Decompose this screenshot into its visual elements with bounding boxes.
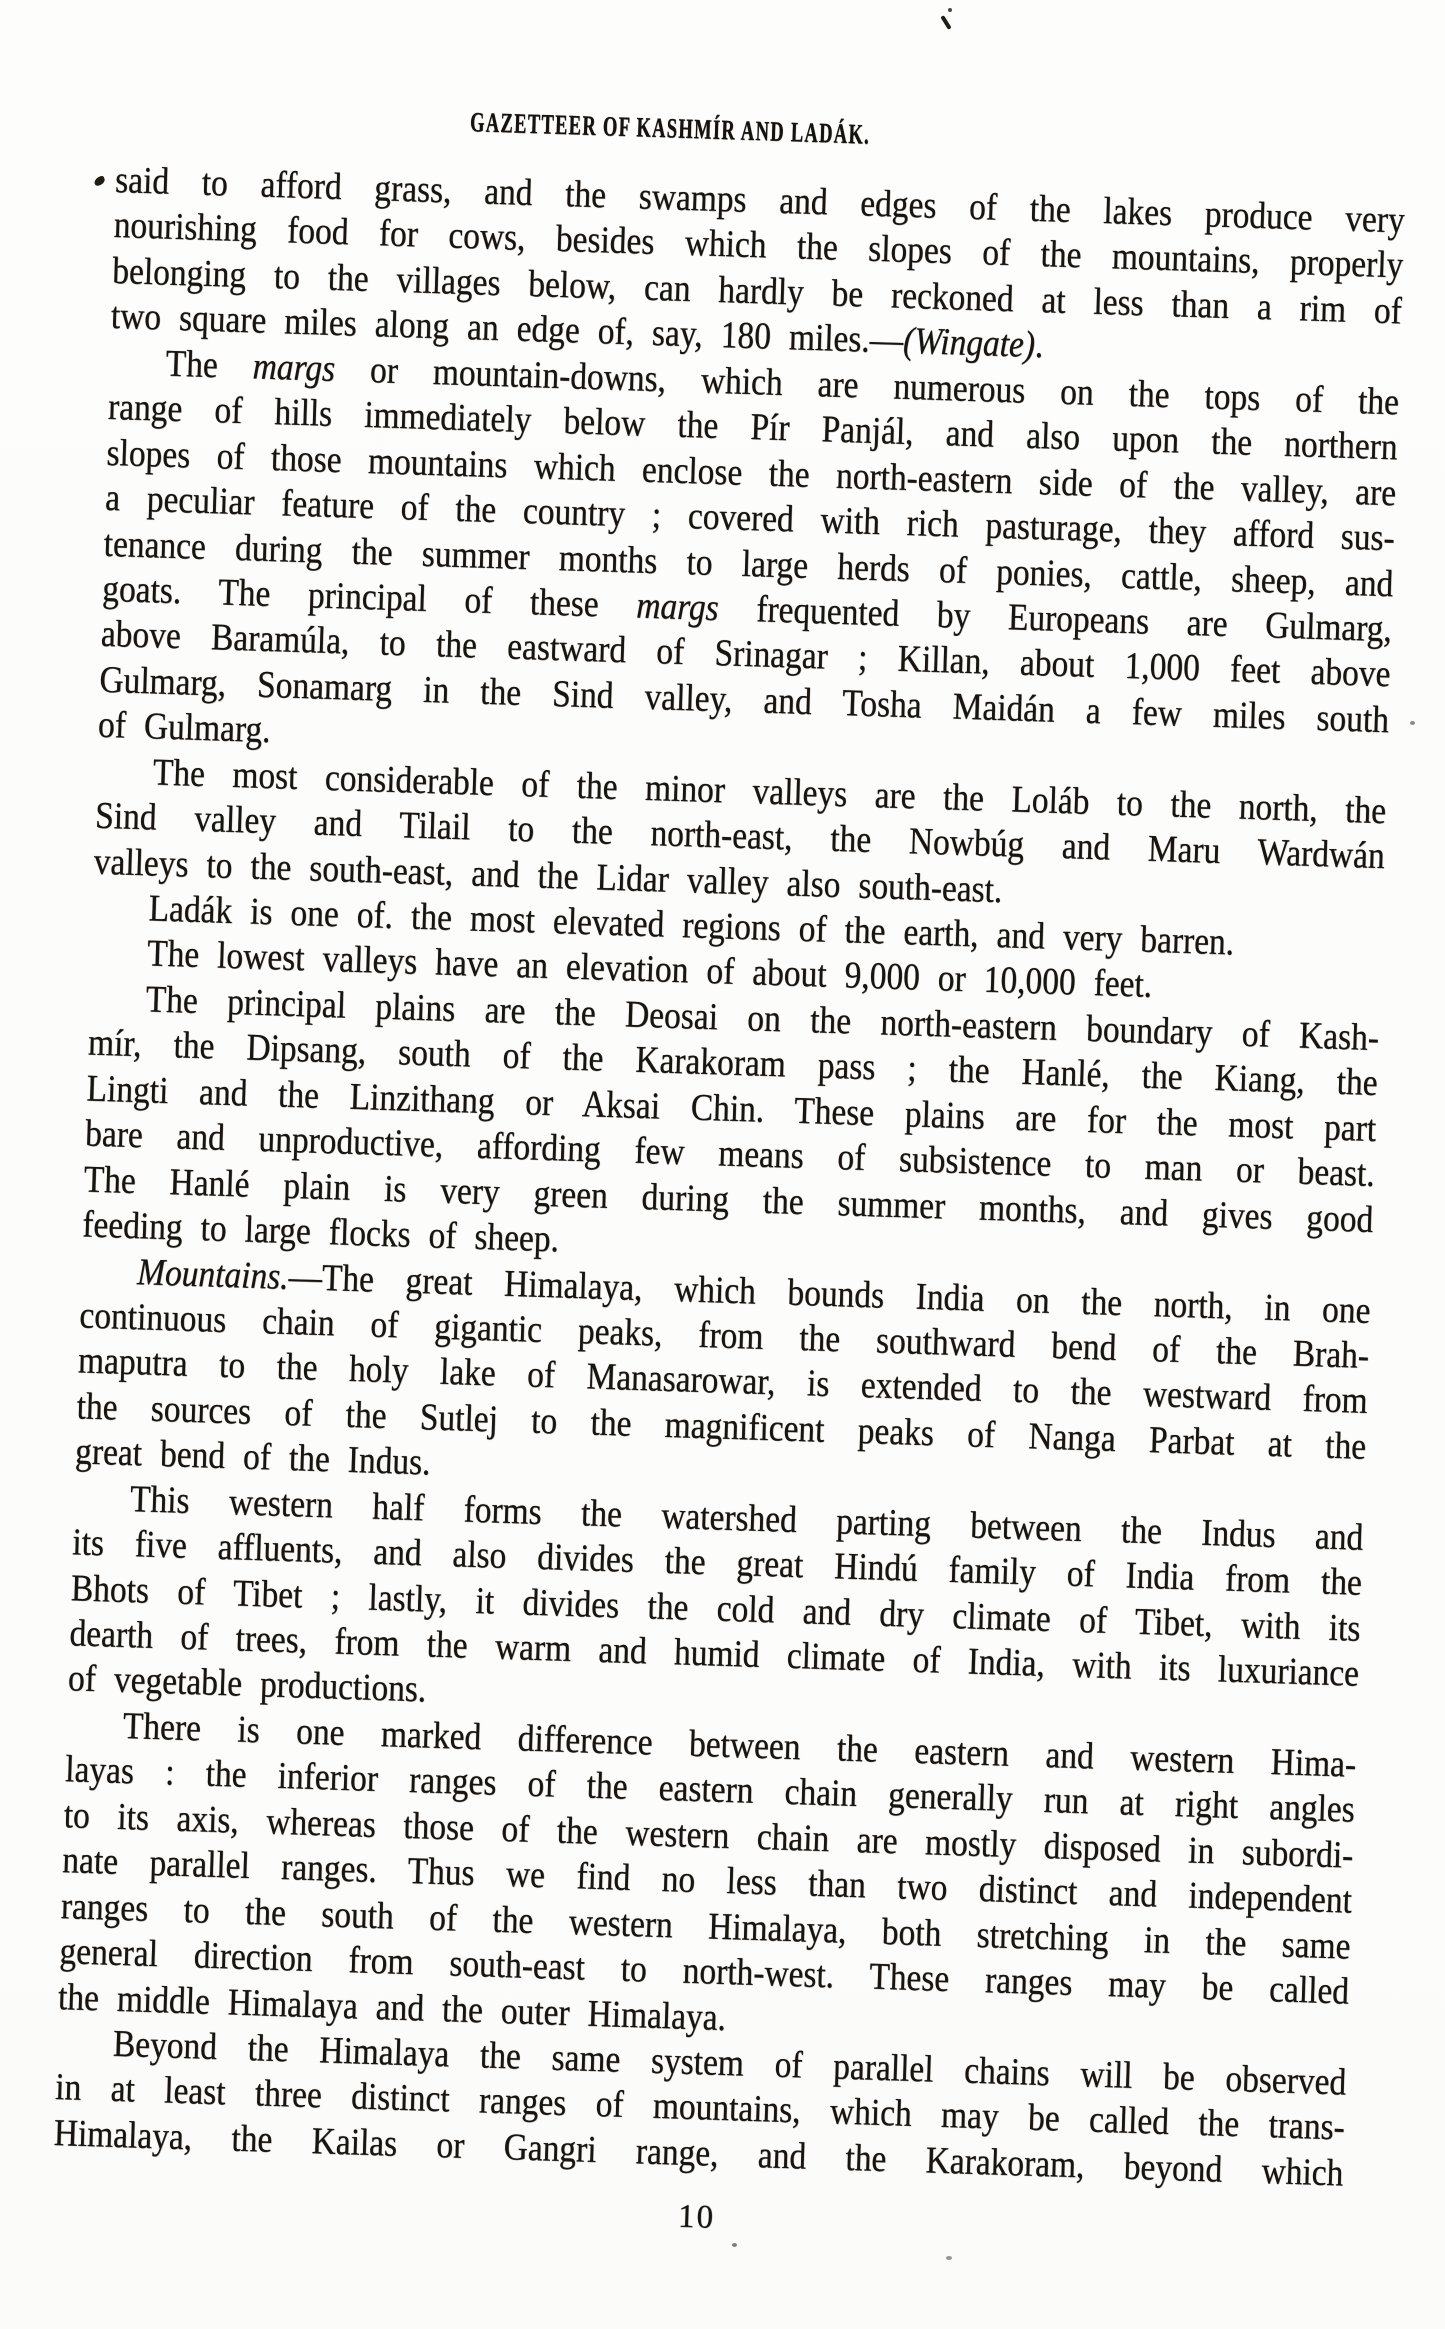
text-segment-italic: margs (252, 345, 336, 390)
text-segment: great bend of the Indus. (75, 1431, 432, 1484)
speck-below-text-1 (732, 2243, 737, 2247)
ink-dot-before-first-line (93, 175, 106, 187)
text-segment-italic: Mountains. (137, 1251, 290, 1298)
text-segment-italic: (Wingate) (903, 320, 1036, 366)
running-title: GAZETTEER OF KASHMÍR AND LADÁK. (244, 96, 1096, 163)
paragraph: The margs or mountain-downs, which are n… (97, 340, 1399, 789)
ink-tick-top (940, 15, 951, 30)
text-segment-italic: margs (636, 584, 720, 629)
speck-right-margin (1410, 721, 1415, 725)
paragraph: Mountains.—The great Himalaya, which bou… (75, 1248, 1372, 1516)
ink-speck-top-dot (948, 8, 952, 12)
paragraph: There is one marked difference between t… (57, 1702, 1356, 2060)
text-block: said to afford grass, and the swamps and… (53, 158, 1405, 2197)
text-segment: of vegetable productions. (67, 1658, 426, 1711)
speck-below-text-2 (946, 2256, 952, 2260)
page-scan: GAZETTEER OF KASHMÍR AND LADÁK. said to … (51, 92, 1407, 2261)
text-segment: . (1034, 324, 1044, 366)
paragraph: This western half forms the watershed pa… (67, 1475, 1364, 1743)
scanned-book-page: { "document": { "header": "GAZETTEER OF … (0, 0, 1445, 2329)
text-segment: of Gulmarg. (97, 704, 271, 751)
paragraph: The principal plains are the Deosai on t… (82, 975, 1380, 1288)
text-segment: The (165, 342, 253, 387)
